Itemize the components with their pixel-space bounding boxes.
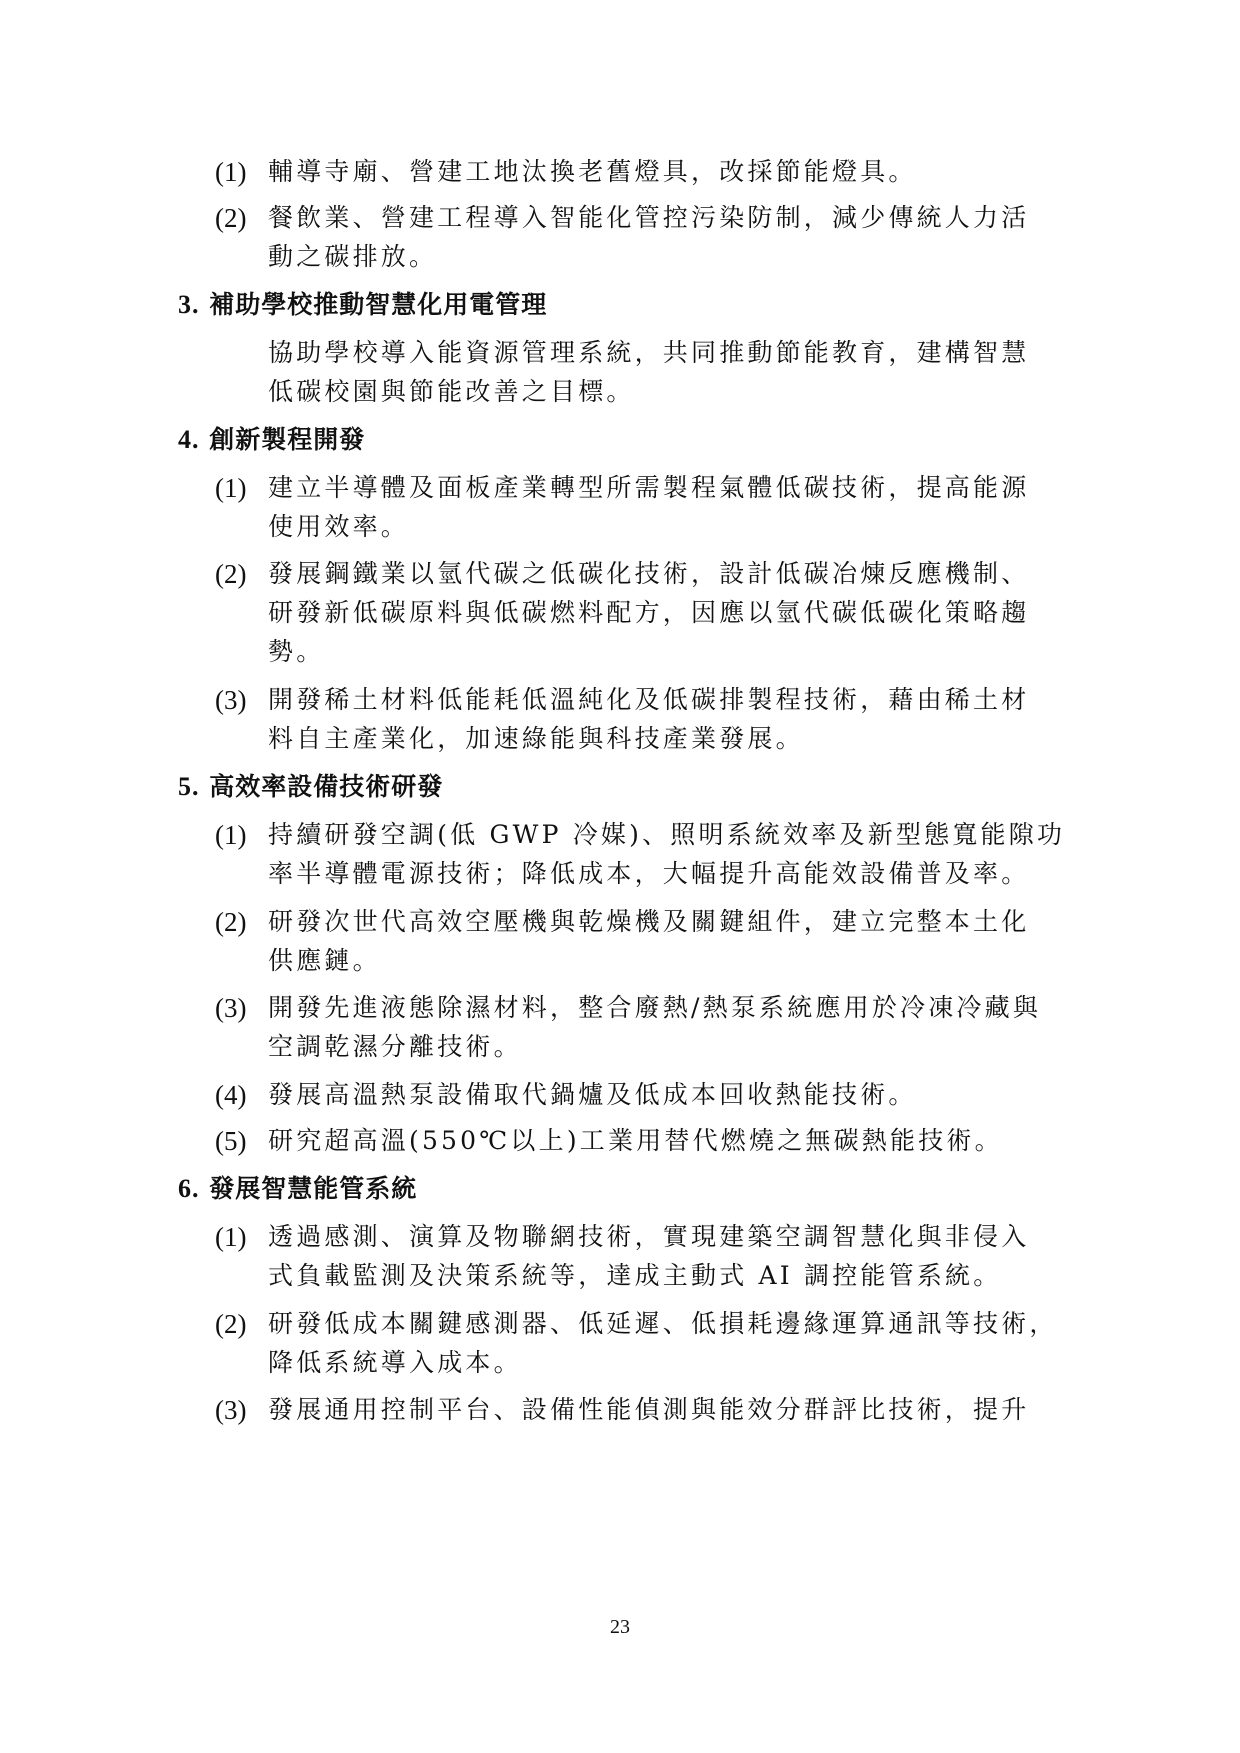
item-number: (3) [215,993,246,1023]
item-text: 研究超高溫(550℃以上)工業用替代燃燒之無碳熱能技術。 [268,1126,1003,1156]
page-number: 23 [0,1616,1240,1639]
item-text: 開發先進液態除濕材料，整合廢熱/熱泵系統應用於冷凍冷藏與 [268,993,1041,1023]
section-number: 6. [178,1174,200,1203]
item-text: 餐飲業、營建工程導入智能化管控污染防制，減少傳統人力活 [268,203,1029,233]
item-number: (1) [215,157,246,187]
item-number: (2) [215,1309,246,1339]
section-heading-6: 6. 發展智慧能管系統 [178,1174,417,1204]
item-text: 供應鏈。 [268,946,381,976]
paragraph-text: 協助學校導入能資源管理系統，共同推動節能教育，建構智慧 [268,338,1029,368]
item-text: 勢。 [268,637,324,667]
item-text: 動之碳排放。 [268,242,437,272]
paragraph-text: 低碳校園與節能改善之目標。 [268,377,635,407]
section-number: 5. [178,772,200,801]
item-text: 發展高溫熱泵設備取代鍋爐及低成本回收熱能技術。 [268,1080,917,1110]
item-text: 透過感測、演算及物聯網技術，實現建築空調智慧化與非侵入 [268,1222,1029,1252]
item-number: (1) [215,473,246,503]
item-text: 發展鋼鐵業以氫代碳之低碳化技術，設計低碳冶煉反應機制、 [268,559,1029,589]
item-number: (4) [215,1080,246,1110]
section-heading-3: 3. 補助學校推動智慧化用電管理 [178,290,547,320]
section-title: 補助學校推動智慧化用電管理 [209,290,547,319]
section-title: 發展智慧能管系統 [209,1174,417,1203]
section-title: 創新製程開發 [209,425,365,454]
item-number: (3) [215,685,246,715]
section-number: 3. [178,290,200,319]
document-page: (1) 輔導寺廟、營建工地汰換老舊燈具，改採節能燈具。 (2) 餐飲業、營建工程… [0,0,1240,1753]
item-text: 率半導體電源技術；降低成本，大幅提升高能效設備普及率。 [268,859,1029,889]
item-text: 研發低成本關鍵感測器、低延遲、低損耗邊緣運算通訊等技術， [268,1309,1058,1339]
section-heading-4: 4. 創新製程開發 [178,425,365,455]
item-text: 料自主產業化，加速綠能與科技產業發展。 [268,724,804,754]
item-number: (1) [215,820,246,850]
section-number: 4. [178,425,200,454]
item-text: 式負載監測及決策系統等，達成主動式 AI 調控能管系統。 [268,1261,1001,1291]
item-text: 輔導寺廟、營建工地汰換老舊燈具，改採節能燈具。 [268,157,917,187]
item-text: 降低系統導入成本。 [268,1348,522,1378]
item-text: 空調乾濕分離技術。 [268,1032,522,1062]
item-text: 使用效率。 [268,512,409,542]
section-title: 高效率設備技術研發 [209,772,443,801]
item-number: (3) [215,1395,246,1425]
item-text: 建立半導體及面板產業轉型所需製程氣體低碳技術，提高能源 [268,473,1029,503]
item-text: 研發次世代高效空壓機與乾燥機及關鍵組件，建立完整本土化 [268,907,1029,937]
item-text: 開發稀土材料低能耗低溫純化及低碳排製程技術，藉由稀土材 [268,685,1029,715]
item-number: (2) [215,203,246,233]
item-text: 發展通用控制平台、設備性能偵測與能效分群評比技術，提升 [268,1395,1029,1425]
item-number: (1) [215,1222,246,1252]
item-number: (2) [215,559,246,589]
item-number: (2) [215,907,246,937]
section-heading-5: 5. 高效率設備技術研發 [178,772,443,802]
item-text: 持續研發空調(低 GWP 冷媒)、照明系統效率及新型態寬能隙功 [268,820,1065,850]
item-text: 研發新低碳原料與低碳燃料配方，因應以氫代碳低碳化策略趨 [268,598,1029,628]
item-number: (5) [215,1126,246,1156]
